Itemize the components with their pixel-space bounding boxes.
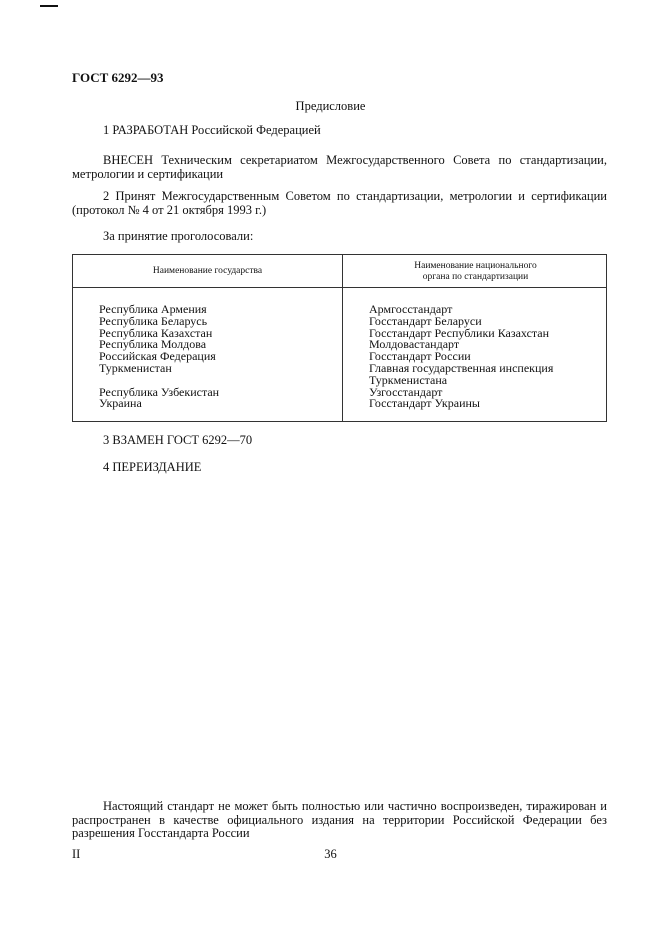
- voted-label: За принятие проголосовали:: [103, 229, 253, 243]
- copyright-notice: Настоящий стандарт не может быть полност…: [72, 800, 607, 841]
- item-replaces: 3 ВЗАМЕН ГОСТ 6292—70: [103, 433, 252, 447]
- voting-table: Наименование государства Наименование на…: [72, 254, 607, 422]
- scan-mark: [40, 5, 58, 7]
- header-body: Наименование национального органа по ста…: [343, 255, 608, 288]
- table-cell-state: Туркменистан: [99, 363, 219, 375]
- header-body-text: Наименование национального органа по ста…: [401, 261, 551, 283]
- item-reissue: 4 ПЕРЕИЗДАНИЕ: [103, 460, 201, 474]
- item-developed: 1 РАЗРАБОТАН Российской Федерацией: [103, 123, 321, 137]
- item-adopted: 2 Принят Межгосударственным Советом по с…: [72, 189, 607, 217]
- header-state: Наименование государства: [73, 255, 342, 288]
- section-heading: Предисловие: [0, 99, 661, 114]
- bodies-column: АрмгосстандартГосстандарт БеларусиГосста…: [369, 304, 553, 410]
- item-introduced: ВНЕСЕН Техническим секретариатом Межгосу…: [72, 153, 607, 181]
- document-code: ГОСТ 6292—93: [72, 70, 164, 86]
- table-cell-state: Украина: [99, 398, 219, 410]
- page-number: 36: [0, 847, 661, 862]
- states-column: Республика АрменияРеспублика БеларусьРес…: [99, 304, 219, 410]
- table-cell-body: Госстандарт Украины: [369, 398, 553, 410]
